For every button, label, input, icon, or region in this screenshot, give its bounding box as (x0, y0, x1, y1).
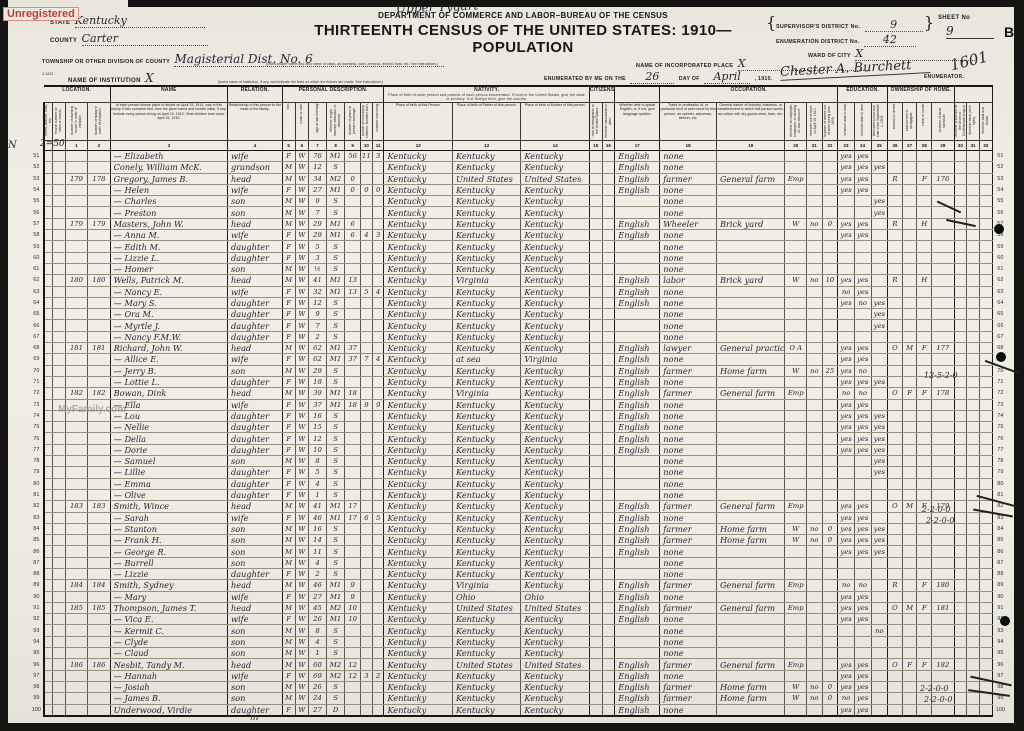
cell-marital: S (326, 422, 345, 433)
cell-mother_birthplace: Kentucky (521, 535, 589, 546)
cell-years_married: 6 (345, 230, 361, 241)
column-number: 26 (888, 141, 903, 151)
cell-farm_or_house (917, 433, 932, 444)
cell-line_right: 54 (992, 184, 1008, 195)
cell-sex: M (282, 388, 295, 399)
cell-relation: wife (228, 399, 283, 410)
cell-family: 182 (88, 388, 110, 399)
cell-color: W (295, 648, 309, 659)
cell-years_married: 17 (345, 512, 361, 523)
cell-house (52, 207, 65, 218)
cell-read: no (838, 580, 855, 591)
cell-children_born (361, 501, 373, 512)
cell-industry (716, 625, 784, 636)
cell-birthplace: Kentucky (384, 331, 452, 342)
cell-sex: M (282, 207, 295, 218)
cell-line_right: 60 (992, 252, 1008, 263)
cell-father_birthplace: Kentucky (452, 207, 520, 218)
column-desc: Number of dwelling house in order of vis… (65, 103, 87, 141)
cell-read (838, 331, 855, 342)
cell-blind (967, 523, 980, 534)
column-desc: Whether naturalized or alien. (602, 103, 615, 141)
column-desc: Color or race. (295, 103, 309, 141)
cell-father_birthplace: Ohio (452, 591, 520, 602)
cell-birthplace: Kentucky (384, 399, 452, 410)
cell-age: 41 (309, 501, 327, 512)
cell-school: yes (871, 467, 888, 478)
cell-occupation: none (660, 376, 717, 387)
cell-naturalized (602, 523, 615, 534)
cell-marital: M1 (326, 614, 345, 625)
cell-farm_schedule (932, 478, 954, 489)
cell-out_of_work (806, 162, 822, 173)
cell-occupation: none (660, 151, 717, 162)
cell-write: yes (854, 376, 871, 387)
cell-immigration_year (589, 252, 602, 263)
cell-years_married (345, 467, 361, 478)
cell-family (88, 196, 110, 207)
cell-occupation: none (660, 241, 717, 252)
cell-blind (967, 207, 980, 218)
table-row: 82183183Smith, WinceheadMW41M117Kentucky… (30, 501, 1008, 512)
cell-blind (967, 602, 980, 613)
group-header: OWNERSHIP OF HOME. (888, 86, 954, 103)
cell-children_living (372, 704, 384, 716)
cell-write (854, 252, 871, 263)
cell-occupation: none (660, 444, 717, 455)
cell-home_free (902, 580, 917, 591)
column-desc: Owned or rented. (888, 103, 903, 141)
cell-write: no (854, 388, 871, 399)
cell-years_married (345, 489, 361, 500)
cell-marital: S (326, 309, 345, 320)
cell-mother_birthplace: Kentucky (521, 286, 589, 297)
cell-occupation: none (660, 489, 717, 500)
cell-color: W (295, 343, 309, 354)
table-row: 79— LilliedaughterFW5SKentuckyKentuckyKe… (30, 467, 1008, 478)
column-number: 8 (326, 141, 345, 151)
cell-read: yes (838, 184, 855, 195)
cell-home_owned: O (888, 659, 903, 670)
cell-birthplace: Kentucky (384, 625, 452, 636)
cell-language: English (615, 173, 660, 184)
cell-age: 34 (309, 173, 327, 184)
cell-color: W (295, 546, 309, 557)
column-number: 16 (602, 141, 615, 151)
cell-name: — Lizzie L. (110, 252, 227, 263)
cell-family (88, 681, 110, 692)
cell-father_birthplace: Kentucky (452, 670, 520, 681)
cell-language: English (615, 591, 660, 602)
cell-street (44, 625, 53, 636)
cell-birthplace: Kentucky (384, 523, 452, 534)
cell-relation: son (228, 535, 283, 546)
cell-birthplace: Kentucky (384, 297, 452, 308)
cell-weeks_out (822, 568, 838, 579)
cell-line_right: 66 (992, 320, 1008, 331)
cell-age: 12 (309, 162, 327, 173)
group-header: RELATION. (228, 86, 283, 103)
cell-dwelling (65, 704, 87, 716)
cell-deaf (979, 557, 992, 568)
column-desc: House number (in cities or towns). (52, 103, 65, 141)
cell-family (88, 252, 110, 263)
cell-home_free (902, 648, 917, 659)
cell-family (88, 162, 110, 173)
cell-relation: head (228, 343, 283, 354)
cell-line: 76 (30, 433, 44, 444)
cell-father_birthplace: Kentucky (452, 501, 520, 512)
table-row: 73— EllawifeFW37M11899KentuckyKentuckyKe… (30, 399, 1008, 410)
cell-name: — Elizabeth (110, 151, 227, 162)
cell-out_of_work (806, 422, 822, 433)
cell-house (52, 252, 65, 263)
cell-years_married (345, 263, 361, 274)
cell-out_of_work (806, 376, 822, 387)
cell-language (615, 557, 660, 568)
cell-home_free: F (902, 659, 917, 670)
cell-family (88, 433, 110, 444)
cell-veteran (954, 478, 967, 489)
cell-farm_or_house: F (917, 580, 932, 591)
cell-school: yes (871, 444, 888, 455)
cell-house (52, 343, 65, 354)
cell-read: yes (838, 501, 855, 512)
left-brace: { (766, 13, 776, 32)
cell-age: 3 (309, 252, 327, 263)
column-number: 14 (521, 141, 589, 151)
column-number: 25 (871, 141, 888, 151)
cell-language (615, 456, 660, 467)
cell-naturalized (602, 444, 615, 455)
cell-naturalized (602, 489, 615, 500)
cell-write: yes (854, 659, 871, 670)
cell-relation: head (228, 501, 283, 512)
cell-employer_status (785, 614, 807, 625)
cell-weeks_out: 0 (822, 681, 838, 692)
cell-industry: General farm (716, 580, 784, 591)
cell-years_married: 18 (345, 399, 361, 410)
cell-school (871, 399, 888, 410)
cell-name: — Frank H. (110, 535, 227, 546)
table-row: 83— SarahwifeFW46M11765KentuckyKentuckyK… (30, 512, 1008, 523)
cell-street (44, 568, 53, 579)
margin-note-m: m (250, 713, 259, 723)
cell-blind (967, 444, 980, 455)
cell-occupation: farmer (660, 602, 717, 613)
cell-school (871, 659, 888, 670)
cell-color: W (295, 670, 309, 681)
cell-dwelling: 179 (65, 173, 87, 184)
cell-write: yes (854, 614, 871, 625)
cell-relation: son (228, 636, 283, 647)
cell-father_birthplace: Kentucky (452, 693, 520, 704)
cell-employer_status (785, 297, 807, 308)
cell-farm_or_house (917, 535, 932, 546)
cell-language (615, 241, 660, 252)
cell-out_of_work (806, 489, 822, 500)
cell-dwelling: 180 (65, 275, 87, 286)
cell-name: — Samuel (110, 456, 227, 467)
cell-sex: F (282, 286, 295, 297)
cell-years_married: 9 (345, 580, 361, 591)
cell-write: yes (854, 602, 871, 613)
cell-color: W (295, 162, 309, 173)
state-value: Kentucky (75, 14, 205, 28)
cell-house (52, 309, 65, 320)
cell-father_birthplace: Kentucky (452, 196, 520, 207)
cell-immigration_year (589, 207, 602, 218)
cell-school (871, 241, 888, 252)
cell-children_living (372, 659, 384, 670)
cell-occupation: none (660, 456, 717, 467)
cell-immigration_year (589, 648, 602, 659)
cell-out_of_work (806, 602, 822, 613)
cell-farm_or_house (917, 297, 932, 308)
cell-children_born (361, 704, 373, 716)
cell-naturalized (602, 376, 615, 387)
cell-read: yes (838, 173, 855, 184)
cell-color: W (295, 456, 309, 467)
cell-birthplace: Kentucky (384, 241, 452, 252)
cell-street (44, 467, 53, 478)
cell-blind (967, 252, 980, 263)
cell-father_birthplace: Kentucky (452, 410, 520, 421)
cell-father_birthplace: Kentucky (452, 489, 520, 500)
cell-naturalized (602, 343, 615, 354)
cell-relation: daughter (228, 252, 283, 263)
cell-naturalized (602, 693, 615, 704)
cell-home_free (902, 670, 917, 681)
cell-years_married: 13 (345, 275, 361, 286)
cell-house (52, 568, 65, 579)
cell-birthplace: Kentucky (384, 184, 452, 195)
cell-years_married: 17 (345, 501, 361, 512)
column-desc: Attended school any time since September… (871, 103, 888, 141)
cell-deaf (979, 636, 992, 647)
cell-school (871, 704, 888, 716)
cell-blind (967, 512, 980, 523)
cell-deaf (979, 648, 992, 659)
cell-line: 67 (30, 331, 44, 342)
cell-write (854, 557, 871, 568)
cell-out_of_work (806, 410, 822, 421)
cell-line: 63 (30, 286, 44, 297)
cell-naturalized (602, 399, 615, 410)
cell-birthplace: Kentucky (384, 173, 452, 184)
cell-marital: M1 (326, 591, 345, 602)
cell-farm_or_house (917, 286, 932, 297)
cell-marital: S (326, 241, 345, 252)
cell-birthplace: Kentucky (384, 343, 452, 354)
cell-sex: M (282, 580, 295, 591)
cell-color: W (295, 365, 309, 376)
cell-family (88, 535, 110, 546)
enumerated-label: ENUMERATED BY ME ON THE (544, 76, 626, 82)
cell-years_married (345, 309, 361, 320)
cell-years_married (345, 297, 361, 308)
cell-blind (967, 614, 980, 625)
cell-father_birthplace: Kentucky (452, 557, 520, 568)
cell-children_living (372, 433, 384, 444)
cell-employer_status (785, 162, 807, 173)
cell-street (44, 591, 53, 602)
column-desc: Number of family in order of visitation. (88, 103, 110, 141)
cell-weeks_out (822, 376, 838, 387)
cell-read (838, 478, 855, 489)
cell-home_free (902, 422, 917, 433)
cell-line_right: 79 (992, 467, 1008, 478)
cell-veteran (954, 489, 967, 500)
cell-farm_schedule (932, 557, 954, 568)
cell-color: W (295, 535, 309, 546)
cell-industry (716, 422, 784, 433)
cell-home_owned (888, 467, 903, 478)
cell-naturalized (602, 670, 615, 681)
cell-immigration_year (589, 376, 602, 387)
cell-street (44, 535, 53, 546)
cell-dwelling (65, 444, 87, 455)
cell-write: yes (854, 444, 871, 455)
cell-immigration_year (589, 230, 602, 241)
cell-street (44, 230, 53, 241)
line-gutter (992, 86, 1008, 103)
cell-home_owned (888, 546, 903, 557)
column-desc: Number of years of present marriage. (345, 103, 361, 141)
cell-children_living: 3 (372, 230, 384, 241)
cell-out_of_work (806, 501, 822, 512)
cell-weeks_out (822, 422, 838, 433)
cell-blind (967, 456, 980, 467)
cell-read (838, 196, 855, 207)
cell-children_born: 9 (361, 399, 373, 410)
cell-veteran (954, 184, 967, 195)
cell-mother_birthplace: Kentucky (521, 331, 589, 342)
cell-school (871, 331, 888, 342)
cell-sex: M (282, 162, 295, 173)
cell-father_birthplace: Virginia (452, 580, 520, 591)
cell-line: 94 (30, 636, 44, 647)
cell-children_born: 7 (361, 354, 373, 365)
cell-age: 7 (309, 320, 327, 331)
cell-naturalized (602, 648, 615, 659)
cell-family: 180 (88, 275, 110, 286)
cell-marital: S (326, 456, 345, 467)
cell-line: 98 (30, 681, 44, 692)
cell-mother_birthplace: Kentucky (521, 184, 589, 195)
cell-relation: son (228, 263, 283, 274)
cell-dwelling (65, 433, 87, 444)
cell-line: 99 (30, 693, 44, 704)
cell-industry: General practice (716, 343, 784, 354)
cell-years_married: 13 (345, 286, 361, 297)
column-desc: Whether able to read. (838, 103, 855, 141)
cell-children_born (361, 602, 373, 613)
cell-veteran (954, 546, 967, 557)
column-number: 9 (345, 141, 361, 151)
cell-farm_schedule (932, 331, 954, 342)
cell-veteran (954, 670, 967, 681)
cell-dwelling (65, 331, 87, 342)
cell-house (52, 535, 65, 546)
cell-house (52, 275, 65, 286)
cell-children_born (361, 580, 373, 591)
cell-immigration_year (589, 263, 602, 274)
cell-dwelling (65, 365, 87, 376)
cell-immigration_year (589, 659, 602, 670)
cell-deaf (979, 659, 992, 670)
cell-years_married (345, 704, 361, 716)
cell-line_right: 56 (992, 207, 1008, 218)
cell-marital: S (326, 365, 345, 376)
cell-immigration_year (589, 693, 602, 704)
cell-blind (967, 546, 980, 557)
cell-industry (716, 162, 784, 173)
cell-age: 16 (309, 523, 327, 534)
cell-read (838, 252, 855, 263)
cell-color: W (295, 218, 309, 229)
cell-line: 85 (30, 535, 44, 546)
table-row: 98— JosiahsonMW26SKentuckyKentuckyKentuc… (30, 681, 1008, 692)
cell-immigration_year (589, 162, 602, 173)
cell-relation: wife (228, 286, 283, 297)
table-row: 92— Vica E.wifeFW26M110KentuckyKentuckyK… (30, 614, 1008, 625)
cell-industry (716, 704, 784, 716)
cell-mother_birthplace: Kentucky (521, 422, 589, 433)
cell-street (44, 263, 53, 274)
cell-naturalized (602, 422, 615, 433)
cell-house (52, 681, 65, 692)
cell-farm_schedule (932, 354, 954, 365)
cell-out_of_work (806, 659, 822, 670)
cell-school: yes (871, 456, 888, 467)
cell-farm_schedule (932, 433, 954, 444)
cell-color: W (295, 173, 309, 184)
cell-age: 15 (309, 422, 327, 433)
cell-children_born (361, 478, 373, 489)
cell-naturalized (602, 151, 615, 162)
cell-children_born (361, 241, 373, 252)
cell-dwelling: 184 (65, 580, 87, 591)
department-line: DEPARTMENT OF COMMERCE AND LABOR–BUREAU … (298, 11, 748, 20)
cell-age: 18 (309, 376, 327, 387)
cell-house (52, 388, 65, 399)
cell-home_owned (888, 151, 903, 162)
cell-house (52, 602, 65, 613)
cell-out_of_work (806, 580, 822, 591)
cell-father_birthplace: Kentucky (452, 241, 520, 252)
cell-age: 32 (309, 286, 327, 297)
column-desc: Year of immigration to the United States… (589, 103, 602, 141)
cell-farm_or_house (917, 467, 932, 478)
cell-weeks_out (822, 388, 838, 399)
cell-age: ½ (309, 263, 327, 274)
cell-father_birthplace: Kentucky (452, 320, 520, 331)
cell-sex: M (282, 501, 295, 512)
cell-line: 79 (30, 467, 44, 478)
cell-language: English (615, 410, 660, 421)
cell-industry (716, 591, 784, 602)
cell-industry (716, 410, 784, 421)
cell-out_of_work (806, 433, 822, 444)
cell-house (52, 422, 65, 433)
cell-house (52, 489, 65, 500)
cell-occupation: none (660, 591, 717, 602)
cell-name: — Olive (110, 489, 227, 500)
cell-blind (967, 636, 980, 647)
cell-deaf (979, 331, 992, 342)
cell-veteran (954, 297, 967, 308)
